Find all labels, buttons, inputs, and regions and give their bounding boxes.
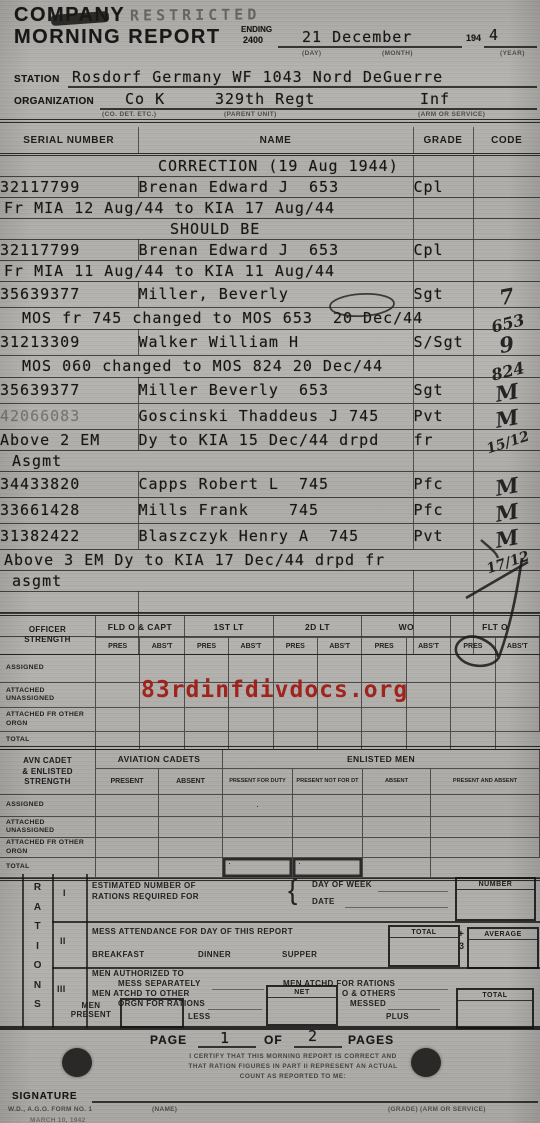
header-divider-rule	[0, 119, 540, 123]
group-1st-lt: 1ST LT	[185, 616, 274, 638]
station-label: STATION	[14, 74, 60, 85]
men-atchd-blank	[398, 989, 448, 990]
empty-cell	[451, 708, 495, 732]
subcol-pres: PRES	[185, 638, 229, 655]
table-row: Asgmt	[0, 451, 540, 472]
name-sublabel: (NAME)	[152, 1106, 177, 1113]
rations-bottom-rule	[0, 1026, 540, 1030]
station-underline	[68, 86, 537, 88]
empty-cell	[274, 708, 318, 732]
officer-strength-title: OFFICERSTRENGTH	[0, 616, 96, 655]
empty-cell	[363, 817, 431, 838]
rations-divider-1	[52, 921, 540, 923]
empty-cell	[229, 708, 273, 732]
empty-cell	[293, 838, 363, 858]
empty-cell	[293, 795, 363, 817]
row-label: ATTACHED UNASSIGNED	[0, 817, 96, 838]
row-label: ATTACHED UNASSIGNED	[0, 683, 96, 708]
subcol-pres: PRES	[96, 638, 140, 655]
empty-cell	[96, 655, 140, 683]
year-prefix: 194	[466, 33, 481, 43]
subcol-present-not-for-dt: PRESENT NOT FOR DT	[293, 769, 363, 795]
empty-cell	[451, 655, 495, 683]
org-parent-value: 329th Regt	[215, 90, 315, 108]
organization-underline	[100, 108, 537, 110]
table-row: Above 2 EMDy to KIA 15 Dec/44 drpdfr15/1…	[0, 430, 540, 451]
enlisted-strength-title: AVN CADET& ENLISTEDSTRENGTH	[0, 750, 96, 795]
date-value: 21 December	[302, 28, 412, 46]
messed-label: MESSED	[350, 999, 386, 1008]
pages-blank	[294, 1046, 342, 1048]
organization-label: ORGANIZATION	[14, 96, 94, 107]
subcol-abst: ABS'T	[407, 638, 451, 655]
empty-cell	[431, 817, 540, 838]
empty-cell	[140, 708, 184, 732]
table-row: 34433820Capps Robert L 745PfcM	[0, 472, 540, 498]
pencil-dot: ·	[256, 801, 259, 811]
men-present-label: MENPRESENT	[66, 1001, 116, 1019]
roster-header-row: SERIAL NUMBER NAME GRADE CODE	[0, 127, 540, 155]
roster-body: CORRECTION (19 Aug 1944)32117799Brenan E…	[0, 155, 540, 655]
roster-table: SERIAL NUMBER NAME GRADE CODE CORRECTION…	[0, 127, 540, 655]
day-of-week-blank	[378, 891, 448, 892]
table-row: 32117799Brenan Edward J 653Cpl	[0, 240, 540, 261]
punch-hole-right	[411, 1048, 441, 1077]
part1-line2: RATIONS REQUIRED FOR	[92, 892, 199, 901]
subcol-pres: PRES	[362, 638, 406, 655]
handwritten-code: 9	[498, 331, 517, 358]
empty-cell	[431, 858, 540, 878]
divide-three: 3	[459, 941, 464, 951]
grade-arm-sublabel: (GRADE) (ARM OR SERVICE)	[388, 1106, 486, 1113]
subcol-abst: ABS'T	[229, 638, 273, 655]
orgn-rations-blank	[208, 1009, 262, 1010]
pencil-dot: ·	[293, 858, 301, 868]
col-header-code: CODE	[473, 127, 540, 155]
watermark: 83rdinfdivdocs.org	[141, 677, 408, 703]
subcol-present-and-absent: PRESENT AND ABSENT	[431, 769, 540, 795]
empty-cell	[185, 708, 229, 732]
page-blank	[198, 1046, 256, 1048]
org-company-value: Co K	[125, 90, 165, 108]
group-flt-o: FLT O	[451, 616, 540, 638]
org-company-sublabel: (CO. DET. ETC.)	[102, 111, 156, 118]
table-row: MOS fr 745 changed to MOS 653 20 Dec/446…	[0, 308, 540, 330]
form-number: W.D., A.G.O. FORM NO. 1	[8, 1106, 92, 1113]
day-of-week-label: DAY OF WEEK	[312, 880, 372, 889]
year-value: 4	[489, 26, 499, 44]
supper-label: SUPPER	[282, 950, 317, 959]
net-box: NET	[266, 985, 338, 1026]
empty-cell	[159, 858, 223, 878]
table-row: 33661428Mills Frank 745PfcM	[0, 498, 540, 524]
men-atchd-other-line: MEN ATCHD TO OTHER	[92, 989, 190, 998]
org-arm-value: Inf	[420, 90, 450, 108]
date-label: DATE	[312, 897, 335, 906]
total-box-part3: TOTAL	[456, 988, 534, 1029]
table-row: 35639377Miller, BeverlySgt7	[0, 282, 540, 308]
part1-numeral: I	[63, 888, 66, 898]
punch-hole-left	[62, 1048, 92, 1077]
table-row: SHOULD BE	[0, 219, 540, 240]
group-wo: WO	[362, 616, 451, 638]
table-row: CORRECTION (19 Aug 1944)	[0, 155, 540, 177]
brace-glyph: {	[288, 874, 297, 906]
empty-cell	[159, 817, 223, 838]
table-row: Fr MIA 12 Aug/44 to KIA 17 Aug/44	[0, 198, 540, 219]
empty-cell	[431, 838, 540, 858]
table-row: 31213309Walker William HS/Sgt9	[0, 330, 540, 356]
empty-cell	[318, 708, 362, 732]
empty-cell	[223, 817, 293, 838]
empty-cell: ·	[223, 795, 293, 817]
day-sublabel: (DAY)	[302, 50, 321, 57]
org-arm-sublabel: (ARM OR SERVICE)	[418, 111, 485, 118]
handwritten-code: M	[493, 524, 520, 553]
average-box: AVERAGE	[467, 927, 539, 969]
group-fld-o-capt: FLD O & CAPT	[96, 616, 185, 638]
page-label: PAGE	[150, 1033, 187, 1047]
row-label: ATTACHED FR OTHER ORGN	[0, 838, 96, 858]
col-header-serial-number: SERIAL NUMBER	[0, 127, 138, 155]
divide-sign: +	[458, 929, 464, 940]
mess-separately-label: MESS SEPARATELY	[118, 979, 201, 988]
row-label: ASSIGNED	[0, 795, 96, 817]
row-label: ASSIGNED	[0, 655, 96, 683]
col-header-name: NAME	[138, 127, 413, 155]
rations-vertical-label: RATIONS	[24, 878, 51, 1015]
subcol-absent: ABSENT	[159, 769, 223, 795]
subcol-pres: PRES	[274, 638, 318, 655]
subcol-abst: ABS'T	[496, 638, 540, 655]
table-row: 42066083Goscinski Thaddeus J 745PvtM	[0, 404, 540, 430]
col-header-grade: GRADE	[413, 127, 473, 155]
signature-line	[92, 1101, 538, 1103]
year-sublabel: (YEAR)	[500, 50, 525, 57]
empty-cell	[96, 683, 140, 708]
number-box: NUMBER	[455, 877, 536, 921]
empty-cell	[96, 838, 159, 858]
empty-cell	[407, 708, 451, 732]
month-sublabel: (MONTH)	[382, 50, 413, 57]
handwritten-code: M	[493, 498, 520, 527]
empty-cell: ·	[293, 858, 363, 878]
part1-line1: ESTIMATED NUMBER OF	[92, 881, 196, 890]
empty-cell	[496, 655, 540, 683]
empty-cell	[159, 795, 223, 817]
empty-cell	[431, 795, 540, 817]
row-label: TOTAL	[0, 858, 96, 878]
empty-cell	[496, 708, 540, 732]
rations-border-letters	[52, 874, 54, 1028]
total-box-part2: TOTAL	[388, 925, 460, 967]
o-and-others-label: O & OTHERS	[342, 989, 396, 998]
table-row: asgmt	[0, 571, 540, 592]
certification-text: I CERTIFY THAT THIS MORNING REPORT IS CO…	[148, 1052, 438, 1082]
group-aviation-cadets: AVIATION CADETS	[96, 750, 223, 769]
part2-numeral: II	[60, 936, 66, 946]
ending-time: 2400	[243, 35, 263, 45]
empty-cell	[293, 817, 363, 838]
empty-cell	[96, 795, 159, 817]
table-row: Fr MIA 11 Aug/44 to KIA 11 Aug/44	[0, 261, 540, 282]
ending-label: ENDING	[241, 25, 272, 34]
table-row: 31382422Blaszczyk Henry A 745PvtM	[0, 524, 540, 550]
mess-separately-blank	[212, 989, 264, 990]
table-row	[0, 592, 540, 614]
subcol-present-for-duty: PRESENT FOR DUTY	[223, 769, 293, 795]
dinner-label: DINNER	[198, 950, 231, 959]
group-2d-lt: 2D LT	[274, 616, 363, 638]
handwritten-code: M	[493, 472, 520, 501]
empty-cell	[96, 708, 140, 732]
empty-cell: ·	[223, 858, 293, 878]
mess-attendance-heading: MESS ATTENDANCE FOR DAY OF THIS REPORT	[92, 927, 293, 936]
restricted-stamp: RESTRICTED	[130, 5, 260, 24]
breakfast-label: BREAKFAST	[92, 950, 145, 959]
of-label: OF	[264, 1033, 283, 1047]
morning-report-scan: COMPANY RESTRICTED MORNING REPORT ENDING…	[0, 0, 540, 1123]
pages-value: 2	[308, 1027, 318, 1045]
table-row: Above 3 EM Dy to KIA 17 Dec/44 drpd fr17…	[0, 550, 540, 571]
group-enlisted-men: ENLISTED MEN	[223, 750, 540, 769]
empty-cell	[496, 683, 540, 708]
table-row: 32117799Brenan Edward J 653Cpl	[0, 177, 540, 198]
table-row: 35639377Miller Beverly 653SgtM	[0, 378, 540, 404]
empty-cell	[363, 795, 431, 817]
empty-cell	[363, 858, 431, 878]
row-label: ATTACHED FR OTHER ORGN	[0, 708, 96, 732]
subcol-abst: ABS'T	[140, 638, 184, 655]
handwritten-code: 7	[498, 283, 517, 310]
org-parent-sublabel: (PARENT UNIT)	[224, 111, 277, 118]
plus-label: PLUS	[386, 1012, 409, 1021]
part3-numeral: III	[57, 984, 66, 994]
date-blank	[345, 907, 448, 908]
signature-label: SIGNATURE	[12, 1091, 77, 1102]
less-label: LESS	[188, 1012, 211, 1021]
empty-cell	[362, 708, 406, 732]
empty-cell	[363, 838, 431, 858]
page-value: 1	[220, 1029, 230, 1047]
date-underline	[278, 46, 462, 48]
form-date: MARCH 10, 1942	[30, 1117, 86, 1123]
subcol-abst: ABS'T	[318, 638, 362, 655]
empty-cell	[451, 683, 495, 708]
subcol-pres: PRES	[451, 638, 495, 655]
handwritten-code: M	[493, 404, 520, 433]
enlisted-strength-table: AVN CADET& ENLISTEDSTRENGTH AVIATION CAD…	[0, 746, 540, 881]
pages-label: PAGES	[348, 1033, 394, 1047]
year-underline	[484, 46, 537, 48]
pencil-dot: ·	[223, 858, 231, 868]
handwritten-code: M	[493, 378, 520, 407]
empty-cell	[407, 683, 451, 708]
subcol-present: PRESENT	[96, 769, 159, 795]
men-authorized-line: MEN AUTHORIZED TO	[92, 969, 184, 978]
empty-cell	[223, 838, 293, 858]
empty-cell	[407, 655, 451, 683]
empty-cell	[159, 838, 223, 858]
subcol-absent: ABSENT	[363, 769, 431, 795]
empty-cell	[96, 858, 159, 878]
form-title-line2: MORNING REPORT	[14, 26, 221, 49]
empty-cell	[96, 817, 159, 838]
station-value: Rosdorf Germany WF 1043 Nord DeGuerre	[72, 68, 443, 86]
men-present-box	[120, 998, 184, 1028]
table-row: MOS 060 changed to MOS 824 20 Dec/44824	[0, 356, 540, 378]
messed-blank	[388, 1009, 440, 1010]
